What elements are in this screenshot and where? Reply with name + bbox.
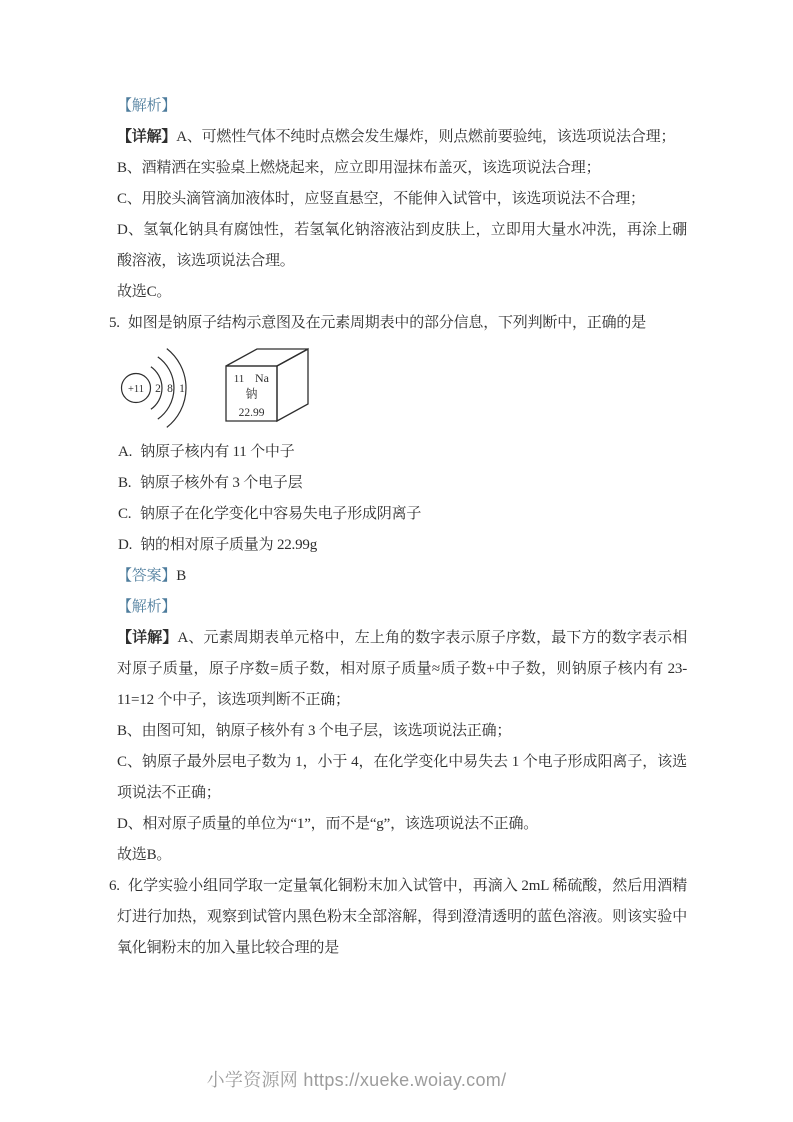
option-label: C.: [118, 499, 132, 530]
option-text: 钠的相对原子质量为 22.99g: [140, 537, 317, 553]
question-stem-text: 如图是钠原子结构示意图及在元素周期表中的部分信息，下列判断中，正确的是: [128, 315, 646, 331]
question-number: 5.: [109, 308, 122, 339]
document-page: 【解析】 【详解】A、可燃性气体不纯时点燃会发生爆炸，则点燃前要验纯，该选项说法…: [109, 91, 687, 964]
analysis-line: C、钠原子最外层电子数为 1，小于 4，在化学变化中易失去 1 个电子形成阳离子…: [109, 747, 687, 809]
analysis-line: 【详解】A、元素周期表单元格中，左上角的数字表示原子序数，最下方的数字表示相对原…: [109, 623, 687, 716]
analysis-text: B、酒精洒在实验桌上燃烧起来，应立即用湿抹布盖灭，该选项说法合理；: [117, 160, 600, 176]
question-5-stem: 5.如图是钠原子结构示意图及在元素周期表中的部分信息，下列判断中，正确的是: [109, 308, 687, 339]
analysis-text: A、可燃性气体不纯时点燃会发生爆炸，则点燃前要验纯，该选项说法合理；: [176, 129, 675, 145]
question-5-option-c: C.钠原子在化学变化中容易失电子形成阴离子: [109, 499, 687, 530]
shell-electron-count: 8: [167, 383, 173, 395]
footer-watermark: 小学资源网 https://xueke.woiay.com/: [0, 1066, 753, 1092]
option-text: 钠原子核内有 11 个中子: [140, 444, 294, 460]
question-5-figure: +11 2 8 1 11 Na 钠 22.99: [119, 347, 687, 431]
question-number: 6.: [109, 871, 122, 902]
question-5-option-d: D.钠的相对原子质量为 22.99g: [109, 530, 687, 561]
analysis-text: D、相对原子质量的单位为“1”，而不是“g”，该选项说法不正确。: [117, 816, 538, 832]
question-5-option-a: A.钠原子核内有 11 个中子: [109, 437, 687, 468]
analysis-text: C、用胶头滴管滴加液体时，应竖直悬空，不能伸入试管中，该选项说法不合理；: [117, 191, 645, 207]
shell-electron-count: 1: [179, 383, 185, 395]
analysis-text: B、由图可知，钠原子核外有 3 个电子层，该选项说法正确；: [117, 723, 511, 739]
option-label: D.: [118, 530, 132, 561]
cube-right-face: [277, 349, 308, 421]
cell-relative-mass: 22.99: [239, 407, 265, 419]
option-label: A.: [118, 437, 132, 468]
analysis-text: 故选C。: [117, 284, 171, 300]
analysis-line: B、由图可知，钠原子核外有 3 个电子层，该选项说法正确；: [109, 716, 687, 747]
question-stem-text: 化学实验小组同学取一定量氧化铜粉末加入试管中，再滴入 2mL 稀硫酸，然后用酒精…: [117, 878, 687, 956]
daan-label: 【答案】: [117, 568, 176, 584]
question-5-option-b: B.钠原子核外有 3 个电子层: [109, 468, 687, 499]
analysis-text: C、钠原子最外层电子数为 1，小于 4，在化学变化中易失去 1 个电子形成阳离子…: [117, 754, 687, 801]
analysis-line: 【详解】A、可燃性气体不纯时点燃会发生爆炸，则点燃前要验纯，该选项说法合理；: [109, 122, 687, 153]
jiexi-label: 【解析】: [117, 599, 176, 615]
analysis-line: B、酒精洒在实验桌上燃烧起来，应立即用湿抹布盖灭，该选项说法合理；: [109, 153, 687, 184]
cube-top-face: [226, 349, 308, 366]
nucleus-charge: +11: [128, 384, 144, 395]
cell-element-name: 钠: [245, 386, 257, 401]
xiangjie-label: 【详解】: [117, 630, 177, 646]
analysis-line: C、用胶头滴管滴加液体时，应竖直悬空，不能伸入试管中，该选项说法不合理；: [109, 184, 687, 215]
footer-url: https://xueke.woiay.com/: [303, 1070, 506, 1090]
analysis-text: A、元素周期表单元格中，左上角的数字表示原子序数，最下方的数字表示相对原子质量，…: [117, 630, 687, 708]
question-6-stem: 6.化学实验小组同学取一定量氧化铜粉末加入试管中，再滴入 2mL 稀硫酸，然后用…: [109, 871, 687, 964]
jiexi-header: 【解析】: [109, 592, 687, 623]
answer-value: B: [176, 568, 186, 584]
option-label: B.: [118, 468, 132, 499]
cell-atomic-number: 11: [234, 373, 245, 385]
analysis-text: 故选B。: [117, 847, 171, 863]
jiexi-label: 【解析】: [117, 98, 176, 114]
analysis-text: D、氢氧化钠具有腐蚀性，若氢氧化钠溶液沾到皮肤上，立即用大量水冲洗，再涂上硼酸溶…: [117, 222, 687, 269]
conclusion-line: 故选C。: [109, 277, 687, 308]
shell-electron-count: 2: [155, 383, 161, 395]
conclusion-line: 故选B。: [109, 840, 687, 871]
cell-element-symbol: Na: [255, 371, 270, 385]
option-text: 钠原子在化学变化中容易失电子形成阴离子: [140, 506, 421, 522]
xiangjie-label: 【详解】: [117, 129, 176, 145]
jiexi-header: 【解析】: [109, 91, 687, 122]
analysis-line: D、相对原子质量的单位为“1”，而不是“g”，该选项说法不正确。: [109, 809, 687, 840]
sodium-atom-structure-diagram: +11 2 8 1: [119, 347, 219, 431]
analysis-line: D、氢氧化钠具有腐蚀性，若氢氧化钠溶液沾到皮肤上，立即用大量水冲洗，再涂上硼酸溶…: [109, 215, 687, 277]
answer-line: 【答案】B: [109, 561, 687, 592]
option-text: 钠原子核外有 3 个电子层: [140, 475, 302, 491]
footer-site-name: 小学资源网: [207, 1070, 299, 1090]
periodic-table-cell-diagram: 11 Na 钠 22.99: [225, 347, 310, 425]
